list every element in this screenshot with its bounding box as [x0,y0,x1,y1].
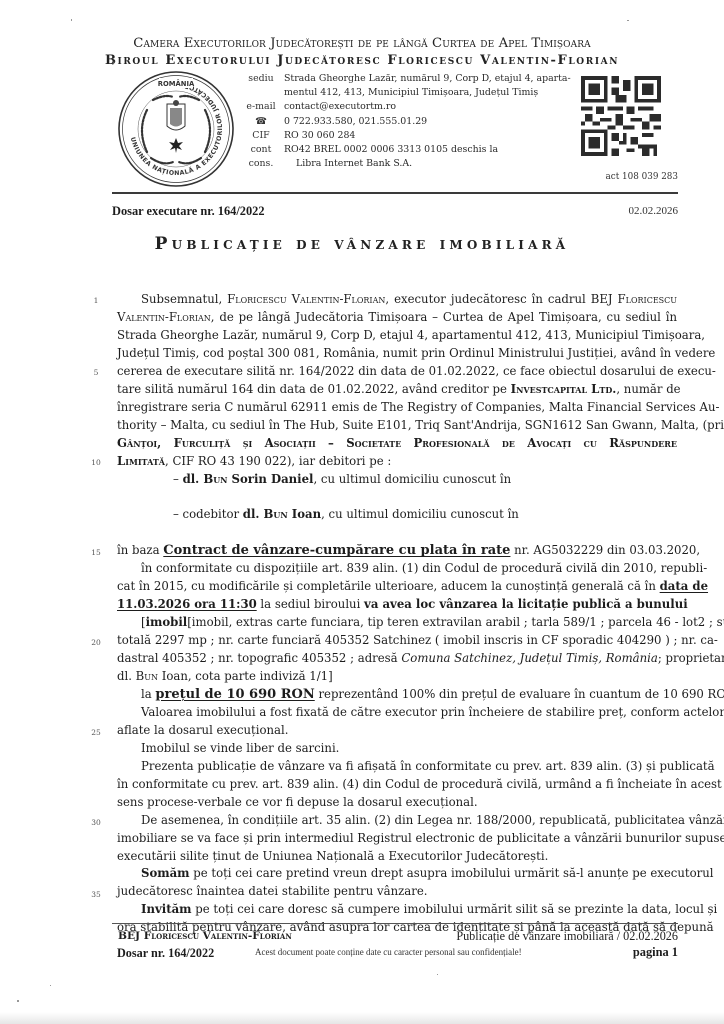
contact-value: Libra Internet Bank S.A. [277,157,615,171]
body-line: Prezenta publicație de vânzare va fi afi… [117,758,677,776]
body-line: Valentin-Florian, de pe lângă Judecători… [117,309,677,327]
body-line: în conformitate cu prev. art. 839 alin. … [117,776,677,794]
auction-date: data de [660,579,708,593]
contact-row-phone: ☎ 0 722.933.580, 021.555.01.29 [245,115,615,129]
contact-label: cont [245,143,277,157]
property-address: Comuna Satchinez, Județul Timiș, România [401,651,658,665]
scan-speck [627,20,629,21]
confidentiality-notice: Acest document poate conține date cu car… [255,947,522,957]
contact-label: sediu [245,72,277,86]
line-number: 10 [89,458,103,467]
scan-edge [0,1012,724,1024]
phone-icon: ☎ [245,115,277,129]
contact-label: CIF [245,129,277,143]
contact-label: e-mail [245,100,277,114]
email-link[interactable]: contact@executortm.ro [277,100,615,114]
law-firm-name: Gânțoi, Furculiță și Asociații – Societa… [117,436,677,450]
page-title: Publicație de vânzare imobiliară [0,234,724,254]
line-number: 35 [89,890,103,899]
body-line: aflate la dosarul execuțional. [117,722,677,740]
body-line: Imobilul se vinde liber de sarcini. [117,740,677,758]
contact-value: Strada Gheorghe Lazăr, numărul 9, Corp D… [277,72,615,86]
body-line: judecătoresc înaintea datei stabilite pe… [117,883,677,901]
contact-row-sediu: sediu Strada Gheorghe Lazăr, numărul 9, … [245,72,615,86]
contact-row-email: e-mail contact@executortm.ro [245,100,615,114]
scan-speck [17,1000,19,1002]
case-number: Dosar executare nr. 164/2022 [112,204,265,219]
act-number: act 108 039 283 [560,172,678,182]
contact-value: RO42 BREL 0002 0006 3313 0105 deschis la [277,143,615,157]
contact-label: cons. [245,157,277,171]
contact-value: mentul 412, 413, Municipiul Timișoara, J… [277,86,615,100]
body-line: Strada Gheorghe Lazăr, numărul 9, Corp D… [117,327,677,345]
page-number: pagina 1 [633,945,678,960]
document-page: Camera Executorilor Judecătorești de pe … [0,0,724,1024]
document-date: 02.02.2026 [629,205,679,217]
body-line: De asemenea, în condițiile art. 35 alin.… [117,812,677,830]
contact-value: RO 30 060 284 [277,129,615,143]
price-line: la prețul de 10 690 RON reprezentând 100… [117,686,677,704]
line-number: 25 [89,728,103,737]
contact-value: 0 722.933.580, 021.555.01.29 [277,115,615,129]
creditor-name: Investcapital Ltd. [511,382,617,396]
contract-title: Contract de vânzare-cumpărare cu plata î… [163,543,510,558]
body-line: imobiliare se va face și prin intermediu… [117,830,677,848]
debtor-line: – dl. Bun Sorin Daniel, cu ultimul domic… [117,471,677,489]
footer-document-title: Publicație de vânzare imobiliară / 02.02… [456,929,678,944]
contact-row-sediu-cont: mentul 412, 413, Municipiul Timișoara, J… [245,86,615,100]
sale-price: prețul de 10 690 RON [155,687,314,702]
chamber-heading: Camera Executorilor Judecătorești de pe … [0,36,724,51]
contact-row-cont: cont RO42 BREL 0002 0006 3313 0105 desch… [245,143,615,157]
qr-code-icon [581,76,661,156]
property-line: dastral 405352 ; nr. topografic 405352 ;… [117,650,677,668]
body-line: Invităm pe toți cei care doresc să cumpe… [117,901,677,919]
body-line: în conformitate cu dispozițiile art. 839… [117,560,677,578]
office-heading: , Biroul Executorului Judecătoresc Flori… [0,53,724,68]
scan-speck [71,19,72,21]
scan-mark: , [112,55,115,66]
body-line: Gânțoi, Furculiță și Asociații – Societa… [117,435,677,453]
body-line: Județul Timiș, cod poștal 300 081, Român… [117,345,677,363]
body-line: cererea de executare silită nr. 164/2022… [117,363,677,381]
codebtor-line: – codebitor dl. Bun Ioan, cu ultimul dom… [117,506,677,524]
line-number: 20 [89,638,103,647]
footer-divider [112,923,678,924]
line-number: 15 [89,548,103,557]
body-line: Limitată, CIF RO 43 190 022), iar debito… [117,453,677,471]
line-number: 5 [89,368,103,377]
scan-speck [437,974,438,975]
unej-seal-icon: UNIUNEA NAȚIONALĂ A EXECUTORILOR JUDECĂT… [117,70,235,188]
footer-office: BEJ Floricescu Valentin-Florian [118,930,292,942]
footer-case-number: Dosar nr. 164/2022 [117,946,214,961]
line-number: 1 [89,296,103,305]
property-line: totală 2297 mp ; nr. carte funciară 4053… [117,632,677,650]
property-line: [imobil[imobil, extras carte funciara, t… [117,614,677,632]
document-body: Subsemnatul, Floricescu Valentin-Florian… [117,291,677,937]
body-line: tare silită numărul 164 din data de 01.0… [117,381,677,399]
property-line: dl. Bun Ioan, cota parte indiviză 1/1] [117,668,677,686]
body-line: executării silite ținut de Uniunea Națio… [117,848,677,866]
body-line: Valoarea imobilului a fost fixată de căt… [117,704,677,722]
body-line: înregistrare seria C numărul 62911 emis … [117,399,677,417]
body-line: cat în 2015, cu modificările și completă… [117,578,677,596]
body-line: 11.03.2026 ora 11:30 la sediul biroului … [117,596,677,614]
svg-text:ROMÂNIA: ROMÂNIA [158,79,195,88]
scan-speck [50,985,51,986]
auction-datetime: 11.03.2026 ora 11:30 [117,597,257,611]
body-line: Subsemnatul, Floricescu Valentin-Florian… [117,291,677,309]
body-line: sens procese-verbale ce vor fi depuse la… [117,794,677,812]
contact-row-cons: cons. Libra Internet Bank S.A. [245,157,615,171]
contact-block: sediu Strada Gheorghe Lazăr, numărul 9, … [245,72,615,171]
body-line: Somăm pe toți cei care pretind vreun dre… [117,865,677,883]
header-divider [112,192,678,194]
contract-line: în baza Contract de vânzare-cumpărare cu… [117,542,677,560]
line-number: 30 [89,818,103,827]
contact-row-cif: CIF RO 30 060 284 [245,129,615,143]
body-line: thority – Malta, cu sediul în The Hub, S… [117,417,677,435]
office-heading-text: Biroul Executorului Judecătoresc Florice… [105,53,619,68]
